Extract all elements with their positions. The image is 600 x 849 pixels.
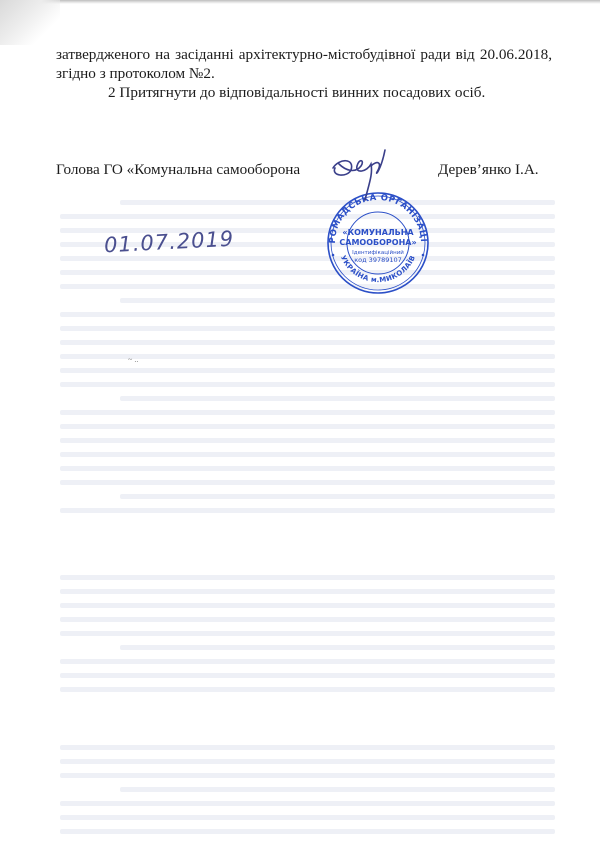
- bleed-line: [60, 575, 555, 580]
- bleed-line: [60, 410, 555, 415]
- bleed-line: [60, 815, 555, 820]
- bleed-line: [60, 284, 555, 289]
- bleed-line: [60, 326, 555, 331]
- bleed-line: [60, 759, 555, 764]
- bleed-line: [60, 256, 555, 261]
- bleed-line: [60, 480, 555, 485]
- bleed-line: [60, 631, 555, 636]
- bleed-line: [60, 382, 555, 387]
- bleed-line: [60, 773, 555, 778]
- bleed-line: [120, 298, 555, 303]
- svg-text:САМООБОРОНА»: САМООБОРОНА»: [339, 238, 416, 247]
- bleed-line: [60, 508, 555, 513]
- body-line-3: 2 Притягнути до відповідальності винних …: [108, 83, 485, 102]
- svg-text:Ідентифікаційний: Ідентифікаційний: [352, 249, 404, 256]
- bleed-line: [60, 745, 555, 750]
- bleed-line: [60, 673, 555, 678]
- bleed-line: [60, 466, 555, 471]
- handwritten-signature: [325, 140, 395, 210]
- scan-folded-corner: [0, 0, 60, 45]
- scan-top-edge: [0, 0, 600, 4]
- signatory-title: Голова ГО «Комунальна самооборона: [56, 160, 300, 179]
- bleed-line: [60, 368, 555, 373]
- bleed-line: [60, 589, 555, 594]
- stray-mark: ~ ..: [128, 355, 138, 364]
- bleed-line: [120, 494, 555, 499]
- bleed-line: [60, 312, 555, 317]
- bleed-line: [60, 801, 555, 806]
- bleed-line: [60, 603, 555, 608]
- svg-text:код 39789107: код 39789107: [354, 256, 402, 264]
- signatory-name: Дерев’янко І.А.: [438, 160, 539, 179]
- body-line-2: згідно з протоколом №2.: [56, 64, 215, 83]
- bleed-line: [60, 829, 555, 834]
- bleed-line: [60, 452, 555, 457]
- svg-text:«КОМУНАЛЬНА: «КОМУНАЛЬНА: [342, 228, 414, 237]
- bleed-line: [60, 617, 555, 622]
- bleed-line: [60, 659, 555, 664]
- bleed-line: [60, 340, 555, 345]
- bleed-line: [60, 687, 555, 692]
- bleed-line: [60, 270, 555, 275]
- bleed-line: [120, 787, 555, 792]
- bleed-line: [60, 424, 555, 429]
- body-line-1: затвердженого на засіданні архітектурно-…: [56, 45, 552, 64]
- bleed-line: [60, 214, 555, 219]
- bleed-line: [60, 438, 555, 443]
- bleed-line: [120, 396, 555, 401]
- bleed-line: [120, 645, 555, 650]
